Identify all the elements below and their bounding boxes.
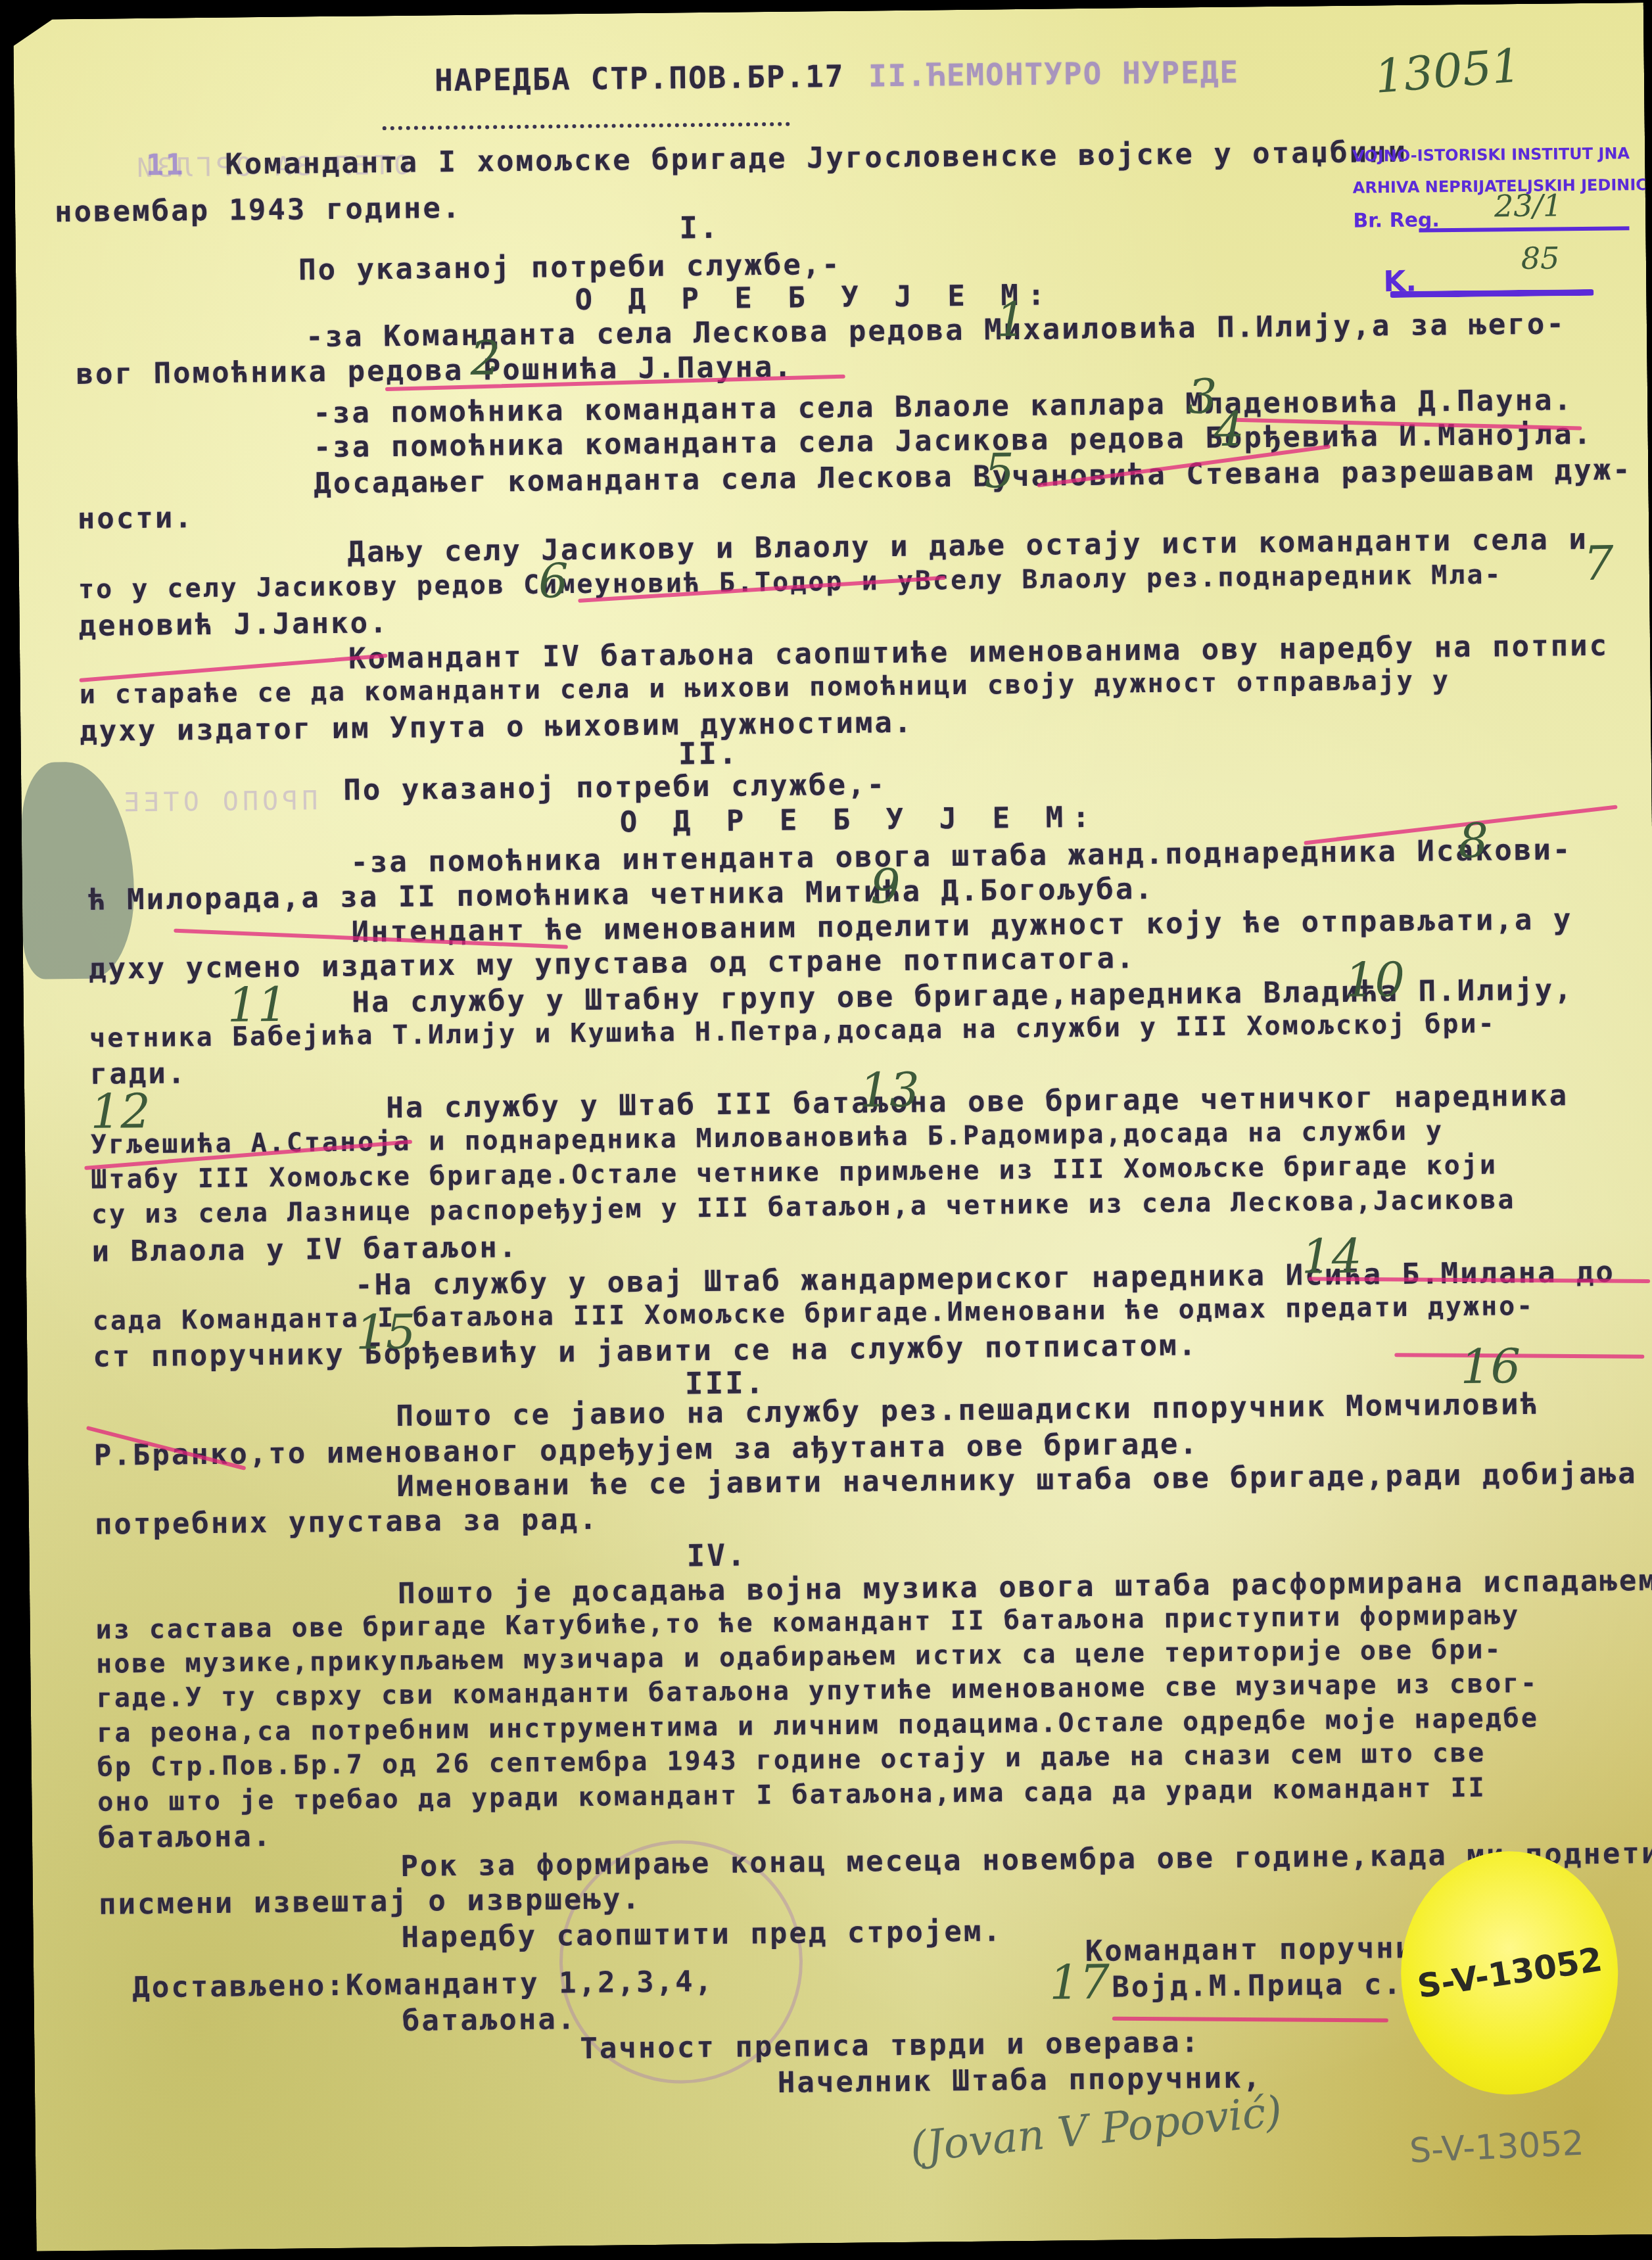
margin-number: 12 <box>90 1083 151 1139</box>
k-underline <box>1390 289 1593 298</box>
closing-certify: Тачност преписа тврди и оверава: <box>580 2025 1200 2065</box>
margin-number: 1 <box>995 292 1026 347</box>
margin-number: 10 <box>1344 952 1405 1008</box>
section-numeral-4: IV. <box>686 1537 747 1573</box>
bleed-through-text: ПРОПО ОТЕЕ <box>120 786 318 818</box>
chief-title: Начелник Штаба ппоручник, <box>778 2061 1263 2100</box>
header-line-1: Команданта I хомољске бригаде Југословен… <box>225 135 1407 181</box>
section-1-line: деновић Ј.Јанко. <box>78 606 389 643</box>
pencil-archive-code: S-V-13052 <box>1409 2124 1585 2171</box>
section-1-line: вог Помоћника редова Рошнића Ј.Пауна. <box>76 350 793 391</box>
archive-stamp-line-1: VOJNO-ISTORISKI INSTITUT JNA <box>1352 144 1641 166</box>
margin-number: 3 <box>1187 369 1218 424</box>
margin-number: 9 <box>870 859 901 914</box>
section-1-line: и стараће се да команданти села и њихови… <box>80 665 1451 710</box>
section-3-line: потребних упустава за рад. <box>95 1503 599 1542</box>
title-underline <box>383 122 790 130</box>
section-1-line: то у селу Јасикову редов Симеуновић Б.То… <box>78 559 1503 605</box>
header-line-2: новембар 1943 године. <box>55 191 462 229</box>
section-numeral-2: II. <box>678 736 739 772</box>
margin-number: 11 <box>227 977 287 1033</box>
section-1-line: ности. <box>78 501 194 536</box>
archive-sub-value: 85 <box>1521 240 1560 276</box>
margin-number: 13 <box>859 1062 920 1118</box>
margin-number: 4 <box>1214 401 1244 456</box>
section-numeral-1: I. <box>679 210 720 246</box>
section-2-line: четника Бабејића Т.Илију и Кушића Н.Петр… <box>89 1008 1496 1053</box>
margin-number: 7 <box>1583 536 1614 591</box>
section-2-line: -за помоћника интенданта овога штаба жан… <box>350 833 1572 879</box>
closing-announce: Наредбу саопштити пред стројем. <box>401 1914 1003 1954</box>
closing-delivered: Достављено:Команданту 1,2,3,4, <box>132 1965 714 2004</box>
document-title: НАРЕДБА СТР.ПОВ.БР.17 <box>435 59 845 99</box>
margin-number: 15 <box>355 1304 415 1360</box>
margin-number: 5 <box>984 443 1015 498</box>
paper-stain <box>21 761 135 979</box>
section-1-line: духу издатог им Упута о њиховим дужности… <box>80 706 914 748</box>
margin-number: 6 <box>538 553 569 608</box>
margin-number: 16 <box>1460 1338 1521 1394</box>
section-2-line: сада Команданта I батаљона III Хомољске … <box>92 1291 1534 1336</box>
section-1-decree: О Д Р Е Б У Ј Е М: <box>575 278 1054 317</box>
section-2-decree: О Д Р Е Б У Ј Е М: <box>620 801 1099 839</box>
header-prefix: 11 <box>146 148 185 182</box>
archive-reg-value: 23/1 <box>1494 187 1563 224</box>
archive-number-handwritten: 13051 <box>1373 38 1523 104</box>
section-2-line: и Влаола у IV батаљон. <box>91 1231 518 1269</box>
margin-number: 17 <box>1049 1954 1110 2010</box>
section-3-line: Пошто се јавио на службу рез.пешадиски п… <box>396 1388 1540 1433</box>
chief-signature: (Jovan V Popović) <box>908 2087 1284 2172</box>
highlight-stroke <box>1112 2017 1388 2023</box>
section-2-intro: По указаној потреби службе,- <box>343 768 886 807</box>
section-2-line: ст ппоручнику Борђевићу и јавити се на с… <box>93 1329 1198 1374</box>
sticker-code: S-V-13052 <box>1415 1941 1604 2006</box>
reg-underline <box>1419 226 1629 232</box>
archive-sticker: S-V-13052 <box>1400 1850 1619 2096</box>
document-title-bleed: II.ЋЕМОНТУРО НУРЕДЕ <box>868 54 1240 93</box>
section-4-line: писмени извештај о извршењу. <box>99 1882 642 1921</box>
section-4-line: батаљона. <box>98 1820 273 1855</box>
closing-delivered-cont: батаљона. <box>402 2002 577 2038</box>
commander-title: Командант поручник <box>1085 1931 1434 1969</box>
commander-name: Војд.М.Прица с.р. <box>1112 1967 1442 2004</box>
document-page: ОТЕЛ ЗА ОРГЛЗИ ПРОПО ОТЕЕ НАРЕДБА СТР.ПО… <box>13 3 1652 2251</box>
margin-number: 2 <box>470 330 501 385</box>
margin-number: 14 <box>1301 1229 1361 1284</box>
margin-number: 8 <box>1458 813 1489 868</box>
